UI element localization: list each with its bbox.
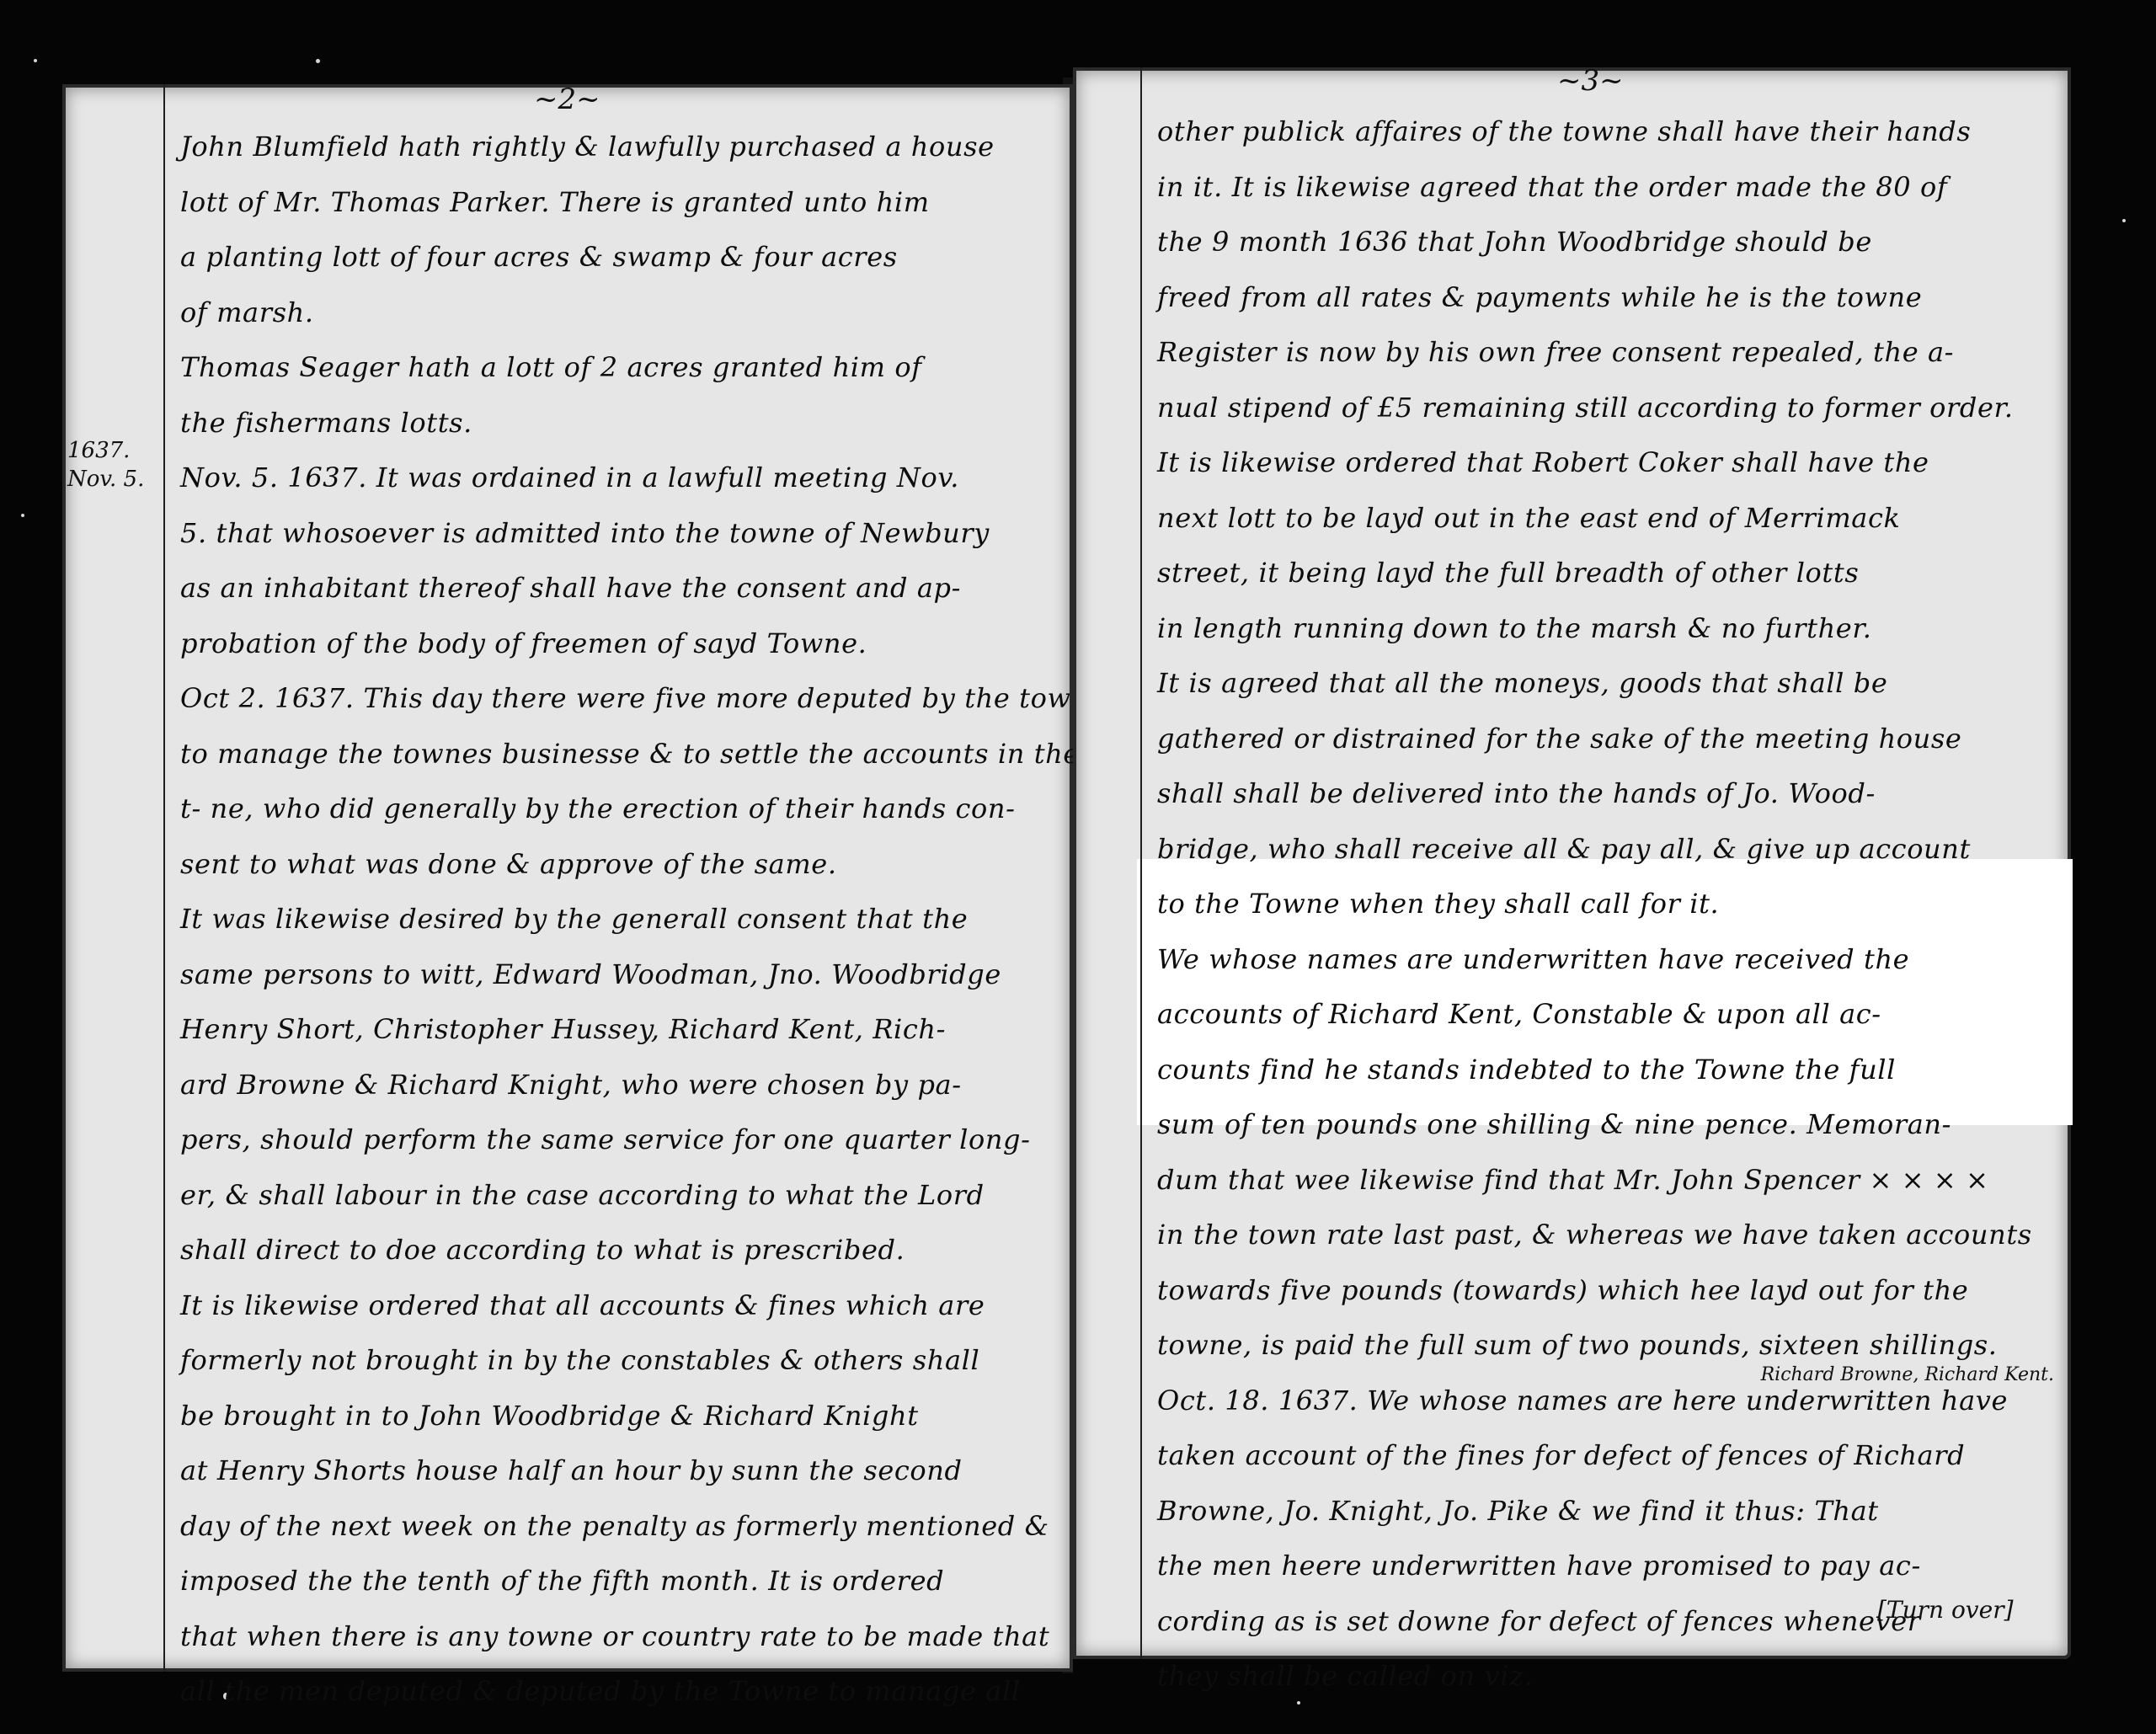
text-line: same persons to witt, Edward Woodman, Jn…	[180, 947, 1056, 1003]
text-line: We whose names are underwritten have rec…	[1157, 932, 2050, 988]
text-line: Thomas Seager hath a lott of 2 acres gra…	[180, 340, 1056, 396]
text-line: the men heere underwritten have promised…	[1157, 1539, 2050, 1594]
text-line: Nov. 5. 1637. It was ordained in a lawfu…	[180, 451, 1056, 506]
text-line: towards five pounds (towards) which hee …	[1157, 1263, 2050, 1319]
text-line: in length running down to the marsh & no…	[1157, 601, 2050, 657]
text-line: in it. It is likewise agreed that the or…	[1157, 160, 2050, 216]
text-line: they shall be called on viz.	[1157, 1649, 2050, 1705]
text-line: Register is now by his own free consent …	[1157, 325, 2050, 381]
signature-line: Richard Browne, Richard Kent.	[1761, 1364, 2054, 1385]
dust-speck	[34, 59, 37, 62]
text-line: the fishermans lotts.	[180, 396, 1056, 451]
right-page: ~3~ other publick affaires of the towne …	[1073, 67, 2071, 1659]
page-number: ~3~	[1557, 64, 1624, 98]
margin-rule	[1140, 67, 1142, 1659]
text-line: Henry Short, Christopher Hussey, Richard…	[180, 1002, 1056, 1058]
text-line: at Henry Shorts house half an hour by su…	[180, 1443, 1056, 1499]
text-line: Oct 2. 1637. This day there were five mo…	[180, 671, 1056, 727]
text-line: er, & shall labour in the case according…	[180, 1168, 1056, 1224]
text-line: nual stipend of £5 remaining still accor…	[1157, 381, 2050, 436]
margin-note-year: 1637.	[67, 436, 144, 465]
text-line: freed from all rates & payments while he…	[1157, 270, 2050, 326]
left-page-text: John Blumfield hath rightly & lawfully p…	[180, 120, 1056, 1720]
text-line: a planting lott of four acres & swamp & …	[180, 230, 1056, 285]
text-line: day of the next week on the penalty as f…	[180, 1499, 1056, 1555]
text-line: It is agreed that all the moneys, goods …	[1157, 656, 2050, 712]
text-line: next lott to be layd out in the east end…	[1157, 491, 2050, 547]
text-line: sent to what was done & approve of the s…	[180, 837, 1056, 893]
text-line: shall direct to doe according to what is…	[180, 1223, 1056, 1278]
text-line: imposed the the tenth of the fifth month…	[180, 1554, 1056, 1609]
text-line: taken account of the fines for defect of…	[1157, 1428, 2050, 1484]
text-line: counts find he stands indebted to the To…	[1157, 1043, 2050, 1098]
dust-speck	[2122, 219, 2126, 222]
text-line: the 9 month 1636 that John Woodbridge sh…	[1157, 215, 2050, 270]
turn-over-note: [Turn over]	[1877, 1596, 2014, 1624]
text-line: 5. that whosoever is admitted into the t…	[180, 506, 1056, 562]
text-line: It is likewise ordered that all accounts…	[180, 1278, 1056, 1334]
text-line: t- ne, who did generally by the erection…	[180, 782, 1056, 837]
dust-speck	[316, 59, 320, 63]
text-line: be brought in to John Woodbridge & Richa…	[180, 1389, 1056, 1444]
dust-speck	[21, 514, 24, 517]
margin-note-day: Nov. 5.	[67, 465, 144, 494]
text-line: accounts of Richard Kent, Constable & up…	[1157, 987, 2050, 1043]
text-line: sum of ten pounds one shilling & nine pe…	[1157, 1097, 2050, 1153]
text-line: Browne, Jo. Knight, Jo. Pike & we find i…	[1157, 1484, 2050, 1539]
text-line: other publick affaires of the towne shal…	[1157, 104, 2050, 160]
text-line: It was likewise desired by the generall …	[180, 892, 1056, 947]
text-line: of marsh.	[180, 285, 1056, 341]
text-line: to the Towne when they shall call for it…	[1157, 877, 2050, 932]
text-line: shall shall be delivered into the hands …	[1157, 766, 2050, 822]
text-line: gathered or distrained for the sake of t…	[1157, 712, 2050, 767]
text-line: It is likewise ordered that Robert Coker…	[1157, 435, 2050, 491]
left-page: ~2~ 1637. Nov. 5. John Blumfield hath ri…	[62, 84, 1073, 1672]
text-line: all the men deputed & deputed by the Tow…	[180, 1664, 1056, 1720]
right-page-text: other publick affaires of the towne shal…	[1157, 104, 2050, 1705]
text-line: pers, should perform the same service fo…	[180, 1112, 1056, 1168]
text-line: to manage the townes businesse & to sett…	[180, 727, 1056, 782]
margin-date-note: 1637. Nov. 5.	[67, 436, 144, 494]
text-line: that when there is any towne or country …	[180, 1609, 1056, 1665]
text-line: probation of the body of freemen of sayd…	[180, 616, 1056, 672]
text-line: John Blumfield hath rightly & lawfully p…	[180, 120, 1056, 175]
text-line: in the town rate last past, & whereas we…	[1157, 1208, 2050, 1263]
text-line: bridge, who shall receive all & pay all,…	[1157, 822, 2050, 878]
margin-rule	[163, 84, 165, 1672]
text-line: lott of Mr. Thomas Parker. There is gran…	[180, 175, 1056, 231]
text-line: as an inhabitant thereof shall have the …	[180, 561, 1056, 616]
text-line: formerly not brought in by the constable…	[180, 1333, 1056, 1389]
text-line: ard Browne & Richard Knight, who were ch…	[180, 1058, 1056, 1113]
text-line: street, it being layd the full breadth o…	[1157, 546, 2050, 601]
page-number: ~2~	[534, 83, 600, 116]
text-line: dum that wee likewise find that Mr. John…	[1157, 1153, 2050, 1208]
